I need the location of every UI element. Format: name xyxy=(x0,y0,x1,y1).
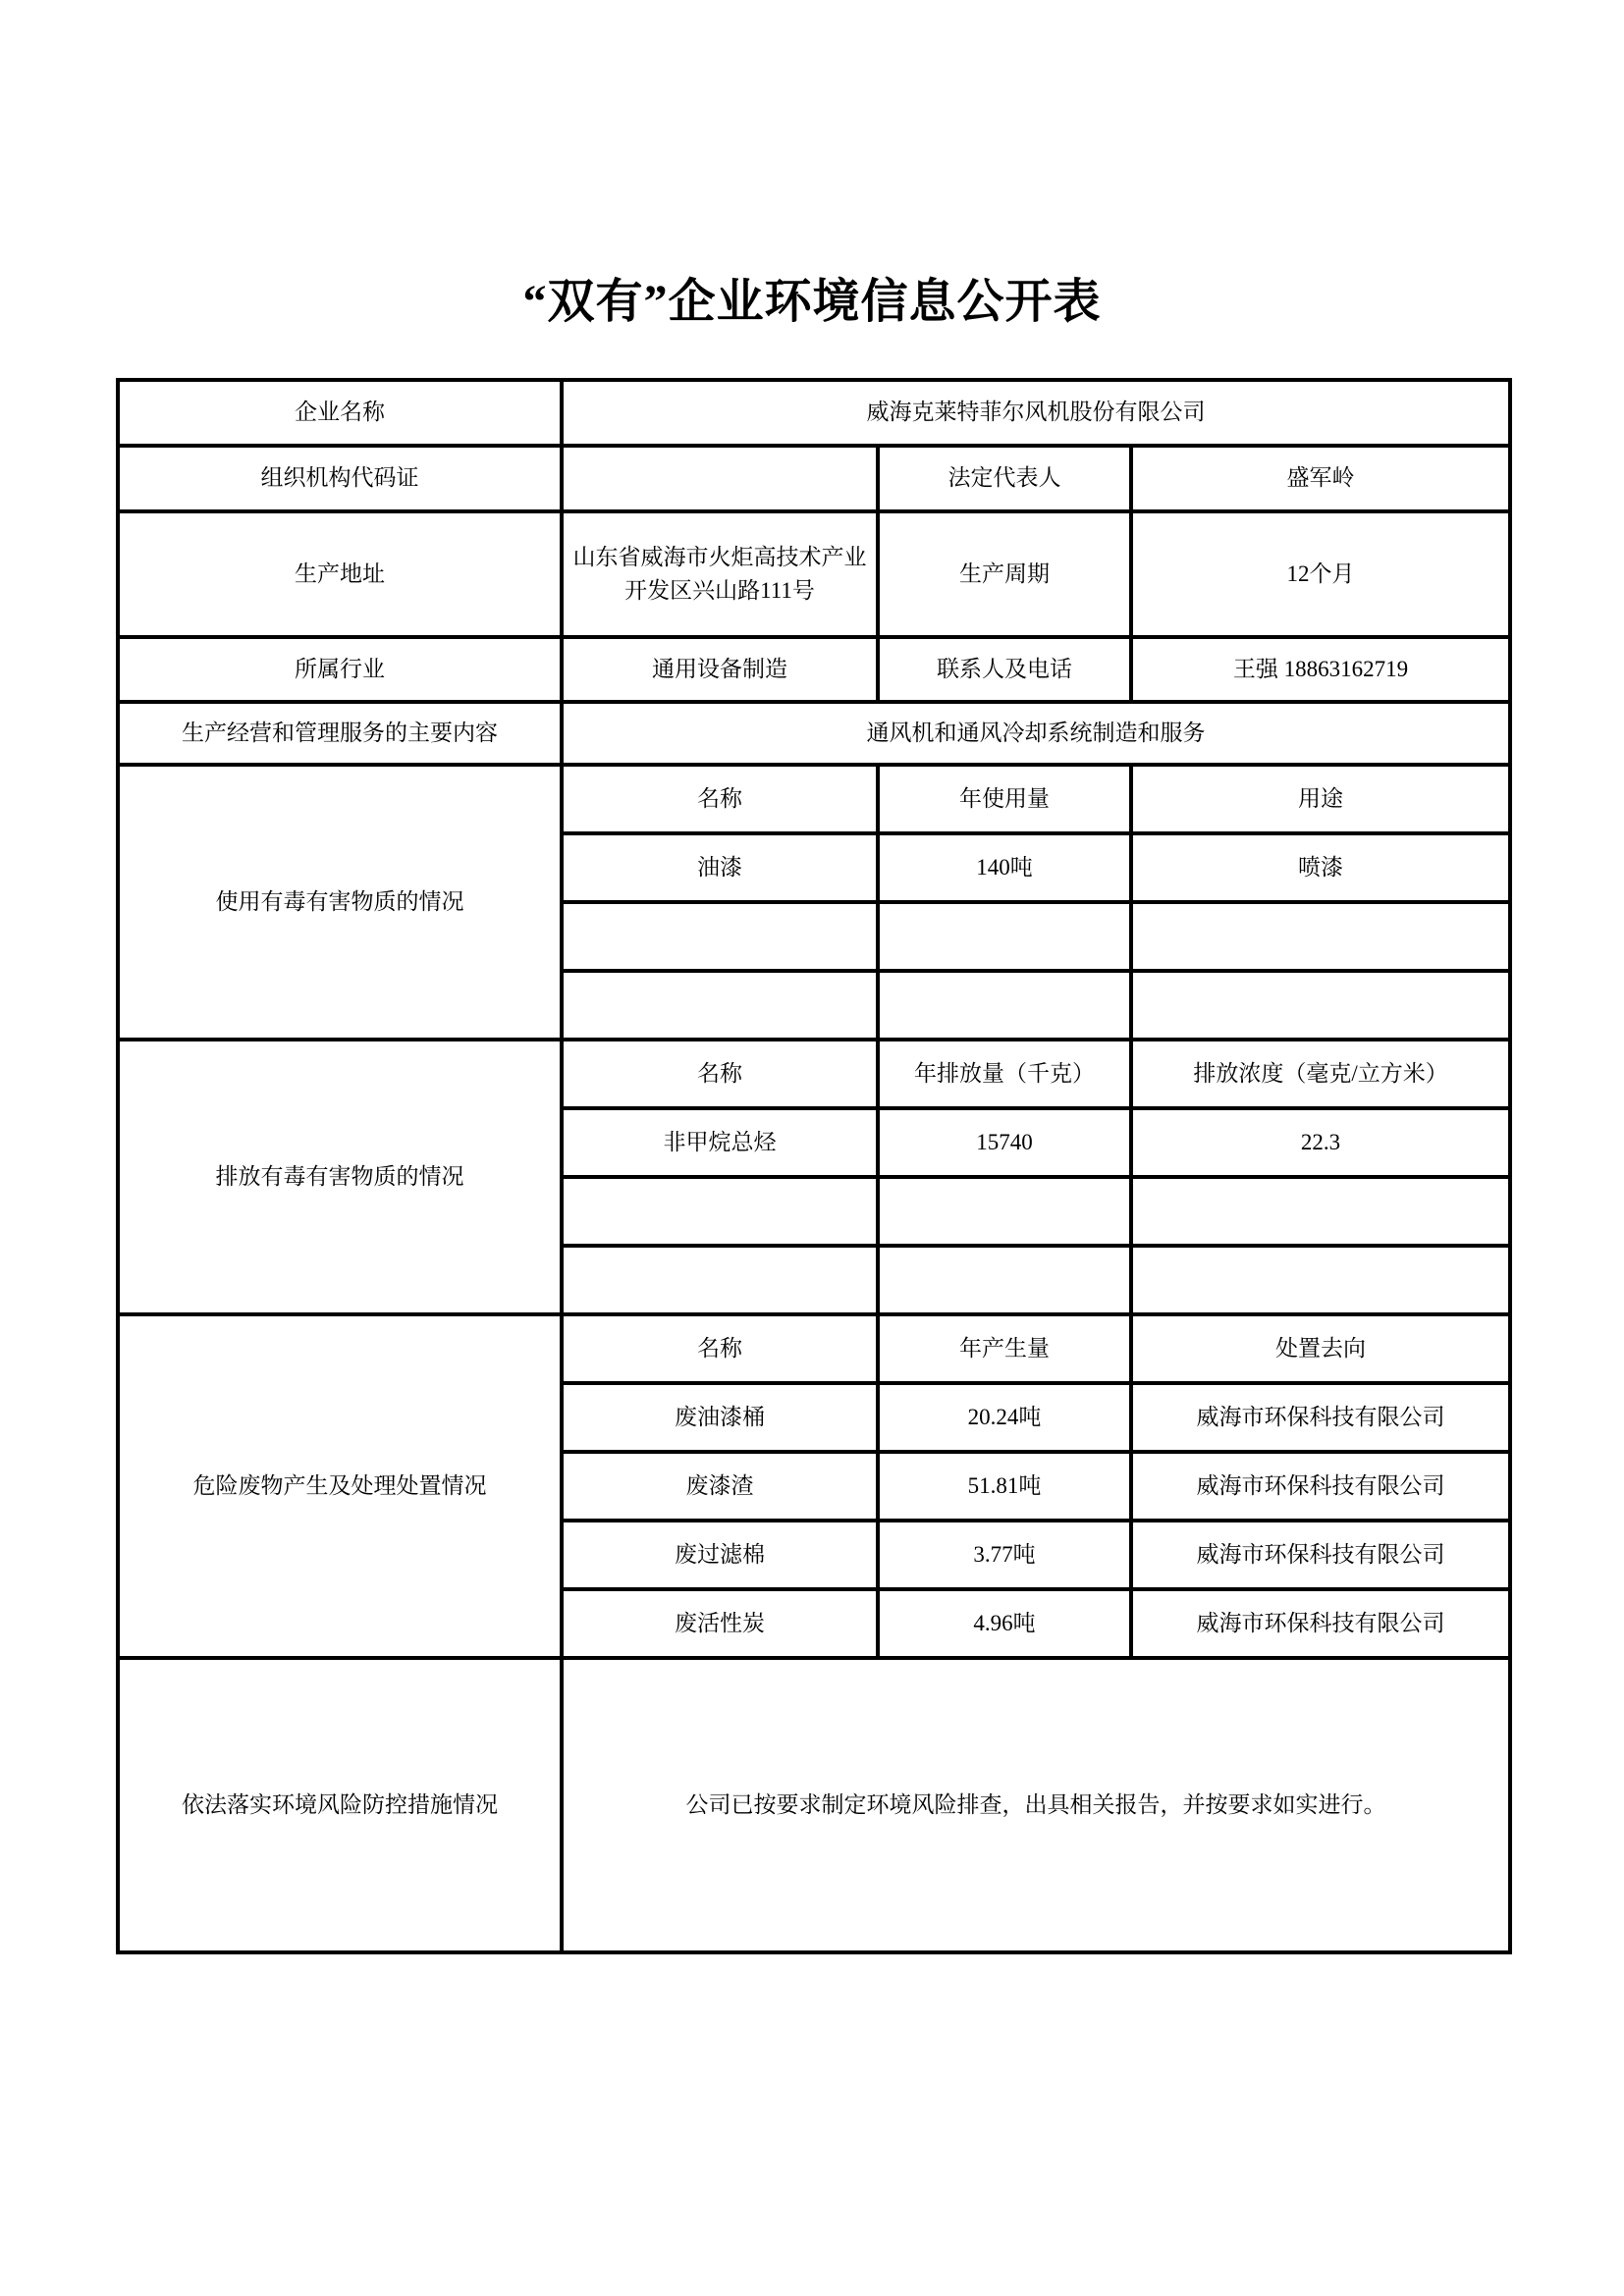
toxic-emission-header-amount: 年排放量（千克） xyxy=(878,1040,1131,1108)
hazardous-waste-cell: 废过滤棉 xyxy=(562,1521,878,1589)
hazardous-waste-cell: 威海市环保科技有限公司 xyxy=(1131,1589,1510,1658)
cycle-label: 生产周期 xyxy=(878,511,1131,637)
toxic-emission-cell xyxy=(562,1246,878,1314)
toxic-emission-cell: 15740 xyxy=(878,1108,1131,1177)
toxic-emission-cell xyxy=(878,1246,1131,1314)
table-row: 所属行业 通用设备制造 联系人及电话 王强 18863162719 xyxy=(118,637,1510,702)
org-code-value xyxy=(562,446,878,511)
toxic-use-header-name: 名称 xyxy=(562,765,878,833)
toxic-emission-header-name: 名称 xyxy=(562,1040,878,1108)
hazardous-waste-cell: 废油漆桶 xyxy=(562,1383,878,1452)
toxic-emission-cell: 22.3 xyxy=(1131,1108,1510,1177)
company-name-label: 企业名称 xyxy=(118,380,562,446)
hazardous-waste-cell: 51.81吨 xyxy=(878,1452,1131,1521)
toxic-use-header-amount: 年使用量 xyxy=(878,765,1131,833)
risk-control-value: 公司已按要求制定环境风险排查，出具相关报告，并按要求如实进行。 xyxy=(562,1658,1510,1952)
hazardous-waste-cell: 4.96吨 xyxy=(878,1589,1131,1658)
hazardous-waste-header-destination: 处置去向 xyxy=(1131,1314,1510,1383)
hazardous-waste-cell: 废漆渣 xyxy=(562,1452,878,1521)
toxic-use-cell xyxy=(562,902,878,971)
contact-value: 王强 18863162719 xyxy=(1131,637,1510,702)
toxic-use-cell xyxy=(1131,971,1510,1040)
table-row: 使用有毒有害物质的情况 名称 年使用量 用途 xyxy=(118,765,1510,833)
toxic-emission-cell xyxy=(1131,1246,1510,1314)
business-value: 通风机和通风冷却系统制造和服务 xyxy=(562,702,1510,765)
toxic-use-cell: 喷漆 xyxy=(1131,833,1510,902)
hazardous-waste-cell: 废活性炭 xyxy=(562,1589,878,1658)
toxic-use-cell: 油漆 xyxy=(562,833,878,902)
toxic-emission-section-label: 排放有毒有害物质的情况 xyxy=(118,1040,562,1314)
table-row: 企业名称 威海克莱特菲尔风机股份有限公司 xyxy=(118,380,1510,446)
disclosure-table: 企业名称 威海克莱特菲尔风机股份有限公司 组织机构代码证 法定代表人 盛军岭 生… xyxy=(116,378,1512,1954)
toxic-use-header-purpose: 用途 xyxy=(1131,765,1510,833)
toxic-use-section-label: 使用有毒有害物质的情况 xyxy=(118,765,562,1040)
hazardous-waste-cell: 威海市环保科技有限公司 xyxy=(1131,1452,1510,1521)
toxic-emission-header-concentration: 排放浓度（毫克/立方米） xyxy=(1131,1040,1510,1108)
address-value: 山东省威海市火炬高技术产业开发区兴山路111号 xyxy=(562,511,878,637)
hazardous-waste-cell: 20.24吨 xyxy=(878,1383,1131,1452)
toxic-use-cell: 140吨 xyxy=(878,833,1131,902)
legal-rep-value: 盛军岭 xyxy=(1131,446,1510,511)
toxic-emission-cell: 非甲烷总烃 xyxy=(562,1108,878,1177)
table-row: 组织机构代码证 法定代表人 盛军岭 xyxy=(118,446,1510,511)
hazardous-waste-section-label: 危险废物产生及处理处置情况 xyxy=(118,1314,562,1658)
contact-label: 联系人及电话 xyxy=(878,637,1131,702)
table-row: 危险废物产生及处理处置情况 名称 年产生量 处置去向 xyxy=(118,1314,1510,1383)
toxic-use-cell xyxy=(1131,902,1510,971)
org-code-label: 组织机构代码证 xyxy=(118,446,562,511)
document-page: “双有”企业环境信息公开表 企业名称 威海克莱特菲尔风机股份有限公司 组织机构代… xyxy=(0,0,1624,2296)
table-row: 生产经营和管理服务的主要内容 通风机和通风冷却系统制造和服务 xyxy=(118,702,1510,765)
toxic-emission-cell xyxy=(878,1177,1131,1246)
table-row: 依法落实环境风险防控措施情况 公司已按要求制定环境风险排查，出具相关报告，并按要… xyxy=(118,1658,1510,1952)
page-title: “双有”企业环境信息公开表 xyxy=(116,263,1508,331)
table-row: 排放有毒有害物质的情况 名称 年排放量（千克） 排放浓度（毫克/立方米） xyxy=(118,1040,1510,1108)
industry-label: 所属行业 xyxy=(118,637,562,702)
toxic-use-cell xyxy=(562,971,878,1040)
hazardous-waste-header-name: 名称 xyxy=(562,1314,878,1383)
toxic-use-cell xyxy=(878,902,1131,971)
legal-rep-label: 法定代表人 xyxy=(878,446,1131,511)
business-label: 生产经营和管理服务的主要内容 xyxy=(118,702,562,765)
cycle-value: 12个月 xyxy=(1131,511,1510,637)
hazardous-waste-cell: 3.77吨 xyxy=(878,1521,1131,1589)
risk-control-label: 依法落实环境风险防控措施情况 xyxy=(118,1658,562,1952)
industry-value: 通用设备制造 xyxy=(562,637,878,702)
company-name-value: 威海克莱特菲尔风机股份有限公司 xyxy=(562,380,1510,446)
toxic-emission-cell xyxy=(1131,1177,1510,1246)
toxic-emission-cell xyxy=(562,1177,878,1246)
table-row: 生产地址 山东省威海市火炬高技术产业开发区兴山路111号 生产周期 12个月 xyxy=(118,511,1510,637)
address-label: 生产地址 xyxy=(118,511,562,637)
hazardous-waste-cell: 威海市环保科技有限公司 xyxy=(1131,1521,1510,1589)
toxic-use-cell xyxy=(878,971,1131,1040)
hazardous-waste-header-amount: 年产生量 xyxy=(878,1314,1131,1383)
hazardous-waste-cell: 威海市环保科技有限公司 xyxy=(1131,1383,1510,1452)
